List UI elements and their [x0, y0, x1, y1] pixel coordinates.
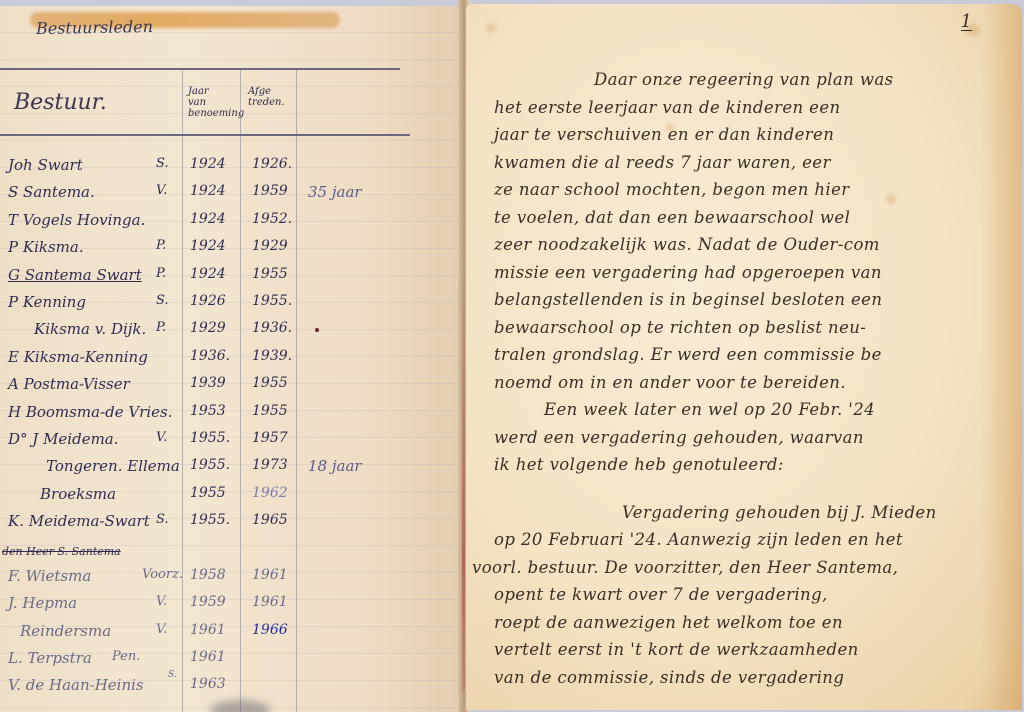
table-row: T Vogels Hovinga. 1924 1952. [0, 211, 460, 238]
text-line: het eerste leerjaar van de kinderen een [494, 94, 1014, 122]
text-line: op 20 Februari '24. Aanwezig zijn leden … [494, 526, 1014, 554]
text-line: werd een vergadering gehouden, waarvan [494, 424, 1014, 452]
members-table: Joh Swart S. 1924 1926. S Santema. V. 19… [0, 156, 460, 704]
ink-spot [315, 328, 319, 332]
text-line: bewaarschool op te richten op beslist ne… [494, 314, 1014, 342]
foxing-spot [486, 24, 496, 32]
table-row: Reindersma V. 1961 1966 [0, 622, 460, 649]
header-top-rule [0, 68, 400, 70]
table-row: P Kiksma. P. 1924 1929 [0, 238, 460, 265]
table-row: Joh Swart S. 1924 1926. [0, 156, 460, 183]
text-line: tralen grondslag. Er werd een commissie … [494, 341, 1014, 369]
column-header-year-appointed: Jaar van benoeming [188, 86, 244, 119]
table-row: F. Wietsma Voorz. 1958 1961 [0, 567, 460, 594]
table-row: J. Hepma V. 1959 1961 [0, 594, 460, 621]
text-line: belangstellenden is in beginsel besloten… [494, 286, 1014, 314]
text-line: te voelen, dat dan een bewaarschool wel [494, 204, 1014, 232]
text-line: roept de aanwezigen het welkom toe en [494, 609, 1014, 637]
page-number: 1 [961, 14, 972, 31]
text-line: voorl. bestuur. De voorzitter, den Heer … [472, 554, 1014, 582]
table-row: S Santema. V. 1924 1959 35 jaar [0, 183, 460, 210]
text-line: noemd om in en ander voor te bereiden. [494, 369, 1014, 397]
table-row: A Postma-Visser 1939 1955 [0, 375, 460, 402]
handwritten-minutes: Daar onze regeering van plan was het eer… [494, 66, 1014, 691]
text-line: ik het volgende heb genotuleerd: [494, 451, 1014, 479]
table-row: den Heer S. Santema [0, 539, 460, 566]
column-header-name: Bestuur. [14, 90, 107, 115]
text-line: Een week later en wel op 20 Febr. '24 [494, 396, 1014, 424]
table-row: E Kiksma-Kenning 1936. 1939. [0, 348, 460, 375]
table-row: Broeksma 1955 1962 [0, 485, 460, 512]
ledger-title: Bestuursleden [36, 17, 153, 38]
table-row: Kiksma v. Dijk. P. 1929 1936. [0, 320, 460, 347]
spine-red-edge [462, 270, 465, 690]
header-bottom-rule [0, 134, 410, 136]
table-row: Tongeren. Ellema 1955. 1973 18 jaar [0, 457, 460, 484]
column-header-year-resigned: Afge treden. [248, 86, 285, 108]
table-row: P Kenning S. 1926 1955. [0, 293, 460, 320]
table-row: L. Terpstra Pen. 1961 [0, 649, 460, 676]
table-row: H Boomsma-de Vries. 1953 1955 [0, 403, 460, 430]
text-line: Daar onze regeering van plan was [494, 66, 1014, 94]
table-row: D° J Meidema. V. 1955. 1957 [0, 430, 460, 457]
text-line: jaar te verschuiven en er dan kinderen [494, 121, 1014, 149]
text-line: vertelt eerst in 't kort de werkzaamhede… [494, 636, 1014, 664]
text-line: ze naar school mochten, begon men hier [494, 176, 1014, 204]
meeting-heading: Vergadering gehouden bij J. Mieden [494, 499, 1014, 527]
table-row: K. Meidema-Swart S. 1955. 1965 [0, 512, 460, 539]
table-row: G Santema Swart P. 1924 1955 [0, 266, 460, 293]
text-line: missie een vergadering had opgeroepen va… [494, 259, 1014, 287]
text-line: opent te kwart over 7 de vergadering, [494, 581, 1014, 609]
right-page-minutes: 1 Daar onze regeering van plan was het e… [466, 4, 1022, 710]
text-line: kwamen die al reeds 7 jaar waren, eer [494, 149, 1014, 177]
text-line: van de commissie, sinds de vergadering [494, 664, 1014, 692]
left-page-members-list: Bestuursleden Bestuur. Jaar van benoemin… [0, 6, 462, 712]
open-ledger-book: Bestuursleden Bestuur. Jaar van benoemin… [0, 0, 1024, 712]
text-line: zeer noodzakelijk was. Nadat de Ouder-co… [494, 231, 1014, 259]
